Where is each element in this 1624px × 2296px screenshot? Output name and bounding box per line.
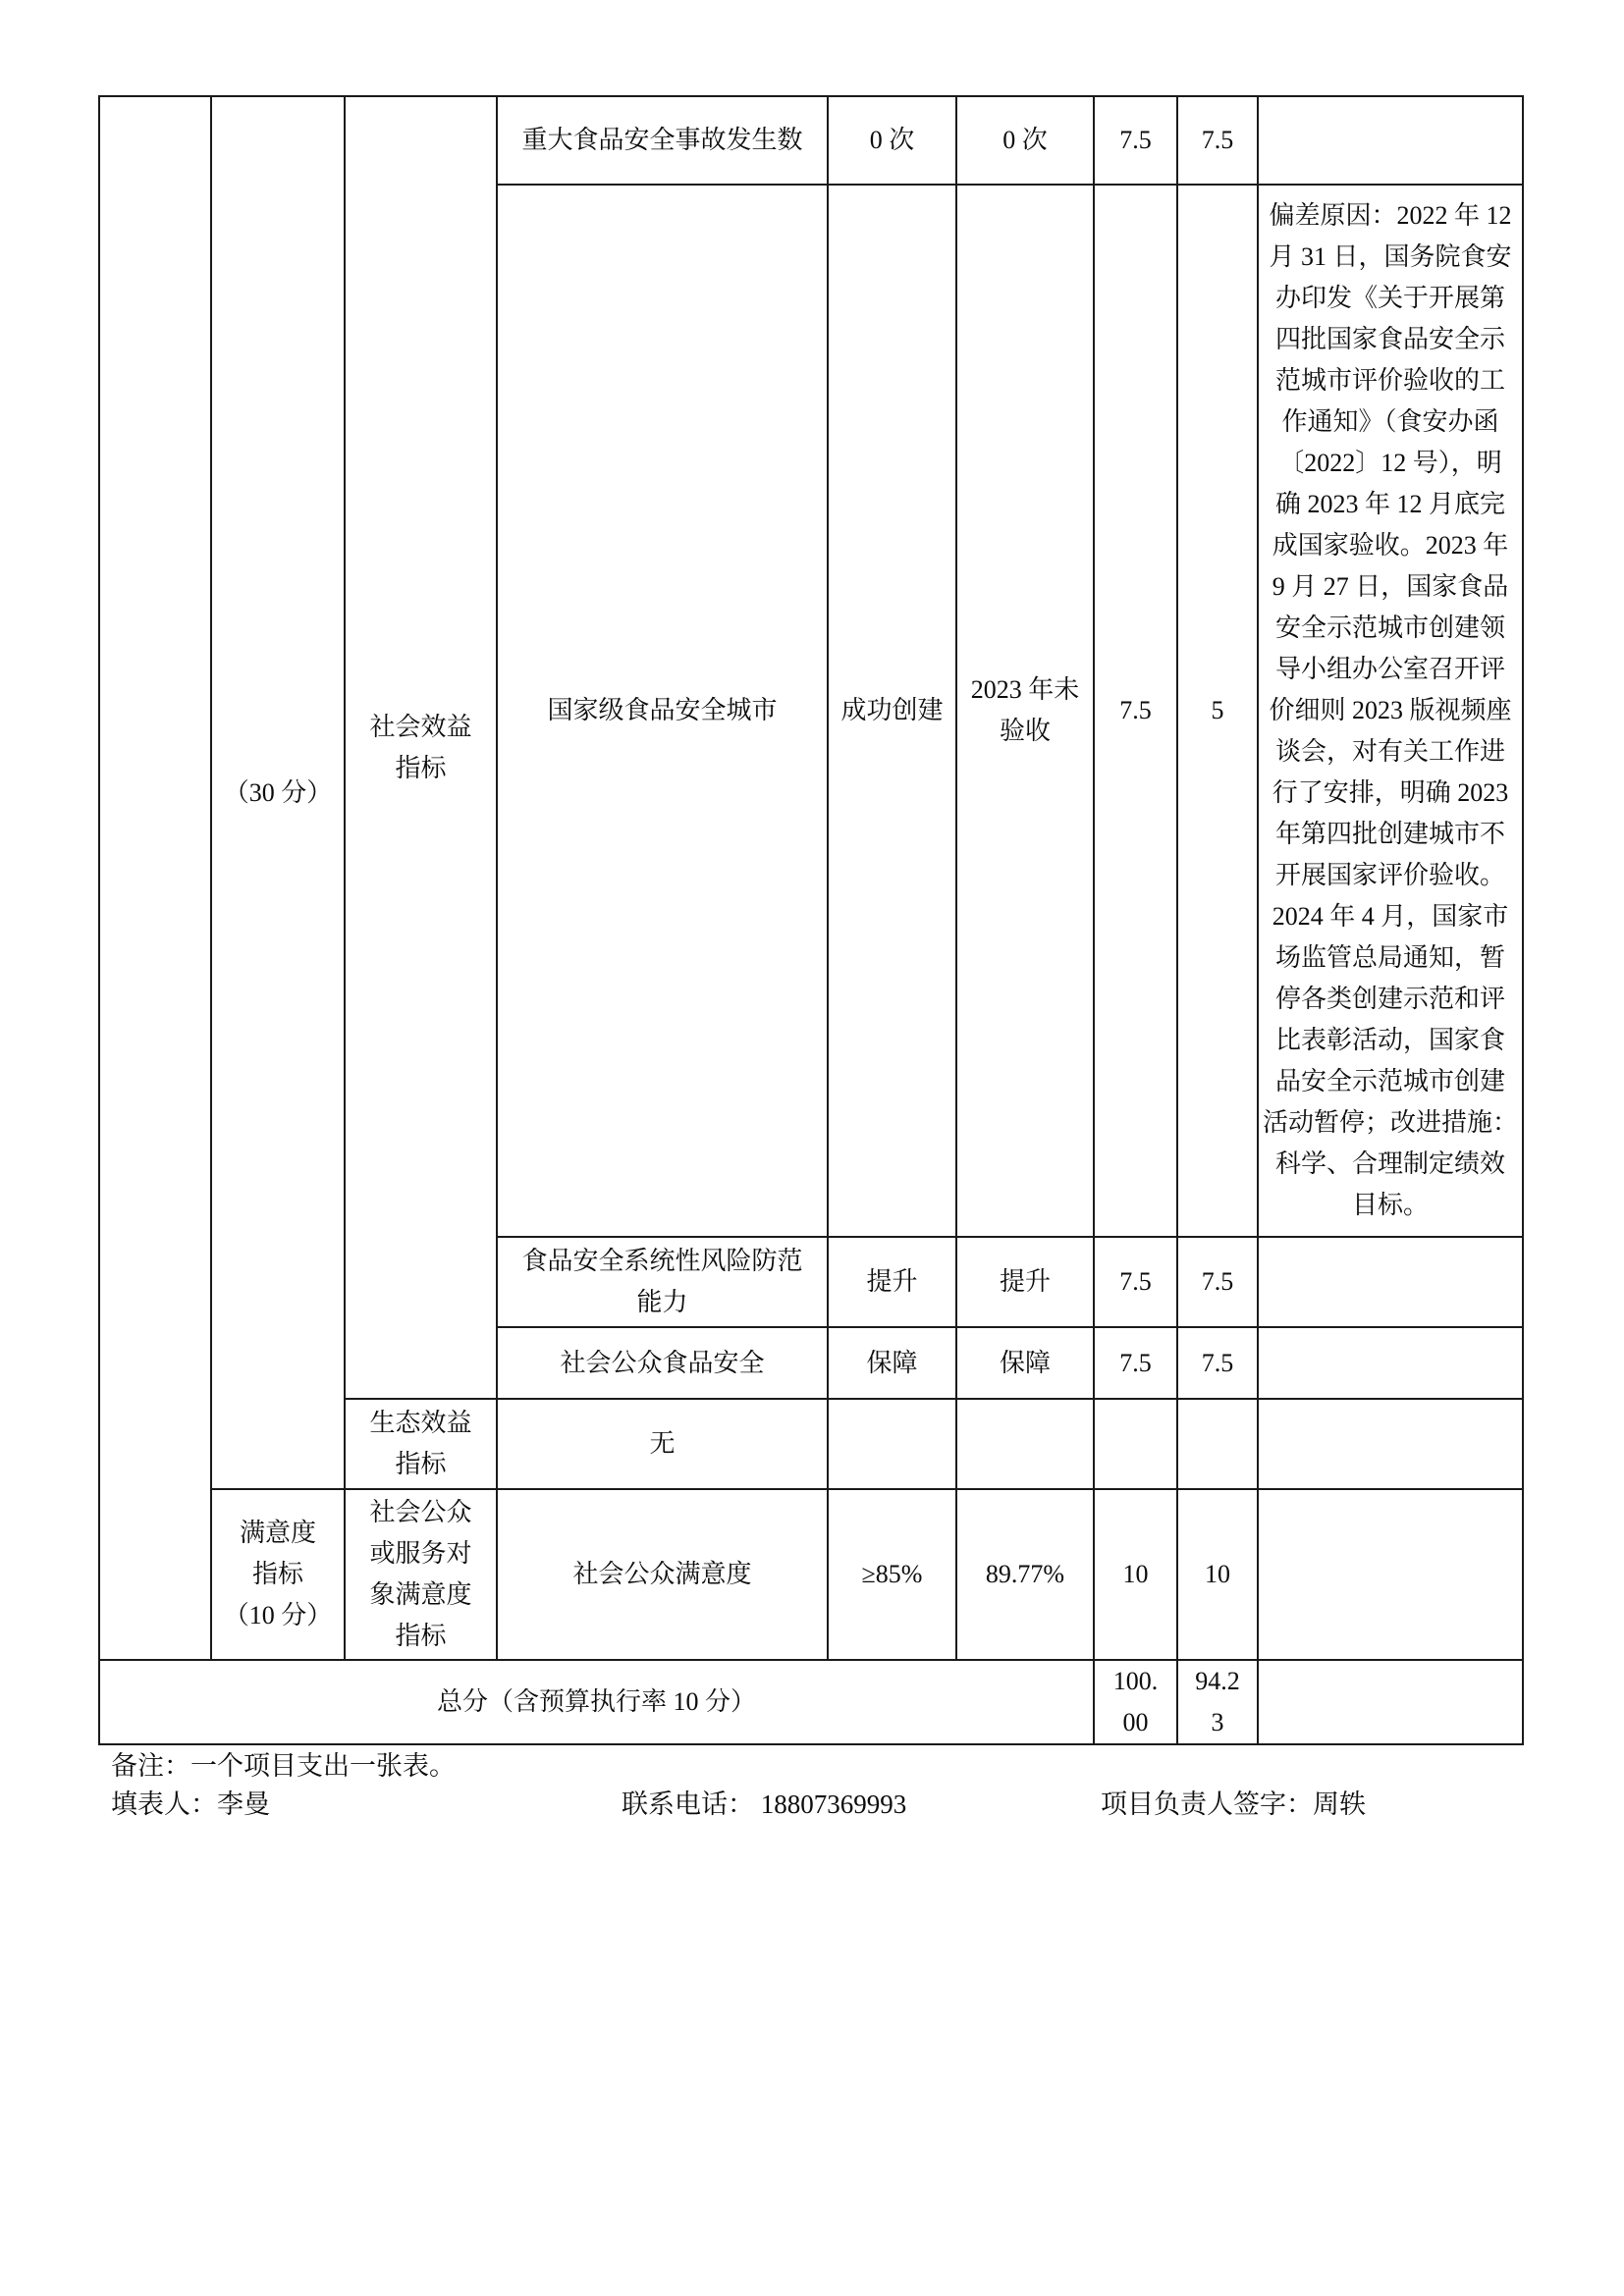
- target-value-cell: 成功创建: [828, 185, 956, 1237]
- total-score-label-cell: 总分（含预算执行率 10 分）: [99, 1660, 1094, 1744]
- total-remark-cell: [1258, 1660, 1523, 1744]
- target-value-cell: 0 次: [828, 96, 956, 185]
- target-value-cell: 提升: [828, 1237, 956, 1327]
- actual-value-cell: 提升: [956, 1237, 1094, 1327]
- category-spacer-cell: [99, 96, 211, 1660]
- contact-phone: 联系电话： 18807369993: [622, 1787, 906, 1822]
- indicator-name-cell: 社会公众满意度: [497, 1489, 828, 1660]
- actual-value-cell: [956, 1399, 1094, 1489]
- benefit-group-cell: （30 分）: [211, 96, 345, 1489]
- total-full-score-cell: 100. 00: [1094, 1660, 1177, 1744]
- note-line: 备注：一个项目支出一张表。: [111, 1749, 456, 1783]
- ecological-benefit-subcategory-cell: 生态效益 指标: [345, 1399, 497, 1489]
- target-value-cell: 保障: [828, 1327, 956, 1399]
- total-score-cell: 94.2 3: [1177, 1660, 1258, 1744]
- score-cell: 7.5: [1177, 1237, 1258, 1327]
- indicator-name-cell: 国家级食品安全城市: [497, 185, 828, 1237]
- indicator-name-cell: 食品安全系统性风险防范 能力: [497, 1237, 828, 1327]
- remark-cell: [1258, 1399, 1523, 1489]
- score-cell: [1177, 1399, 1258, 1489]
- document-page: （30 分） 社会效益 指标 重大食品安全事故发生数 0 次 0 次 7.5 7…: [0, 0, 1624, 2296]
- target-value-cell: ≥85%: [828, 1489, 956, 1660]
- remark-cell: [1258, 1237, 1523, 1327]
- total-row: 总分（含预算执行率 10 分） 100. 00 94.2 3: [99, 1660, 1523, 1744]
- remark-cell: [1258, 1489, 1523, 1660]
- full-score-cell: 7.5: [1094, 1327, 1177, 1399]
- indicator-name-cell: 重大食品安全事故发生数: [497, 96, 828, 185]
- performance-indicator-table: （30 分） 社会效益 指标 重大食品安全事故发生数 0 次 0 次 7.5 7…: [98, 95, 1524, 1745]
- table-row: （30 分） 社会效益 指标 重大食品安全事故发生数 0 次 0 次 7.5 7…: [99, 96, 1523, 185]
- actual-value-cell: 89.77%: [956, 1489, 1094, 1660]
- table-row: 满意度 指标 （10 分） 社会公众 或服务对 象满意度 指标 社会公众满意度 …: [99, 1489, 1523, 1660]
- satisfaction-group-cell: 满意度 指标 （10 分）: [211, 1489, 345, 1660]
- full-score-cell: 7.5: [1094, 1237, 1177, 1327]
- project-leader-signature: 项目负责人签字：周轶: [1101, 1787, 1366, 1822]
- full-score-cell: 7.5: [1094, 185, 1177, 1237]
- actual-value-cell: 2023 年未 验收: [956, 185, 1094, 1237]
- form-filler-name: 填表人：李曼: [111, 1787, 270, 1822]
- actual-value-cell: 0 次: [956, 96, 1094, 185]
- score-cell: 7.5: [1177, 1327, 1258, 1399]
- indicator-name-cell: 社会公众食品安全: [497, 1327, 828, 1399]
- full-score-cell: 10: [1094, 1489, 1177, 1660]
- remark-cell: [1258, 1327, 1523, 1399]
- satisfaction-subcategory-cell: 社会公众 或服务对 象满意度 指标: [345, 1489, 497, 1660]
- signature-line: 填表人：李曼 联系电话： 18807369993 项目负责人签字：周轶: [0, 1787, 1624, 1822]
- actual-value-cell: 保障: [956, 1327, 1094, 1399]
- full-score-cell: 7.5: [1094, 96, 1177, 185]
- score-cell: 7.5: [1177, 96, 1258, 185]
- deviation-reason-remark-cell: 偏差原因：2022 年 12 月 31 日，国务院食安 办印发《关于开展第 四批…: [1258, 185, 1523, 1237]
- social-benefit-subcategory-cell: 社会效益 指标: [345, 96, 497, 1399]
- target-value-cell: [828, 1399, 956, 1489]
- score-cell: 5: [1177, 185, 1258, 1237]
- full-score-cell: [1094, 1399, 1177, 1489]
- indicator-name-cell: 无: [497, 1399, 828, 1489]
- remark-cell: [1258, 96, 1523, 185]
- score-cell: 10: [1177, 1489, 1258, 1660]
